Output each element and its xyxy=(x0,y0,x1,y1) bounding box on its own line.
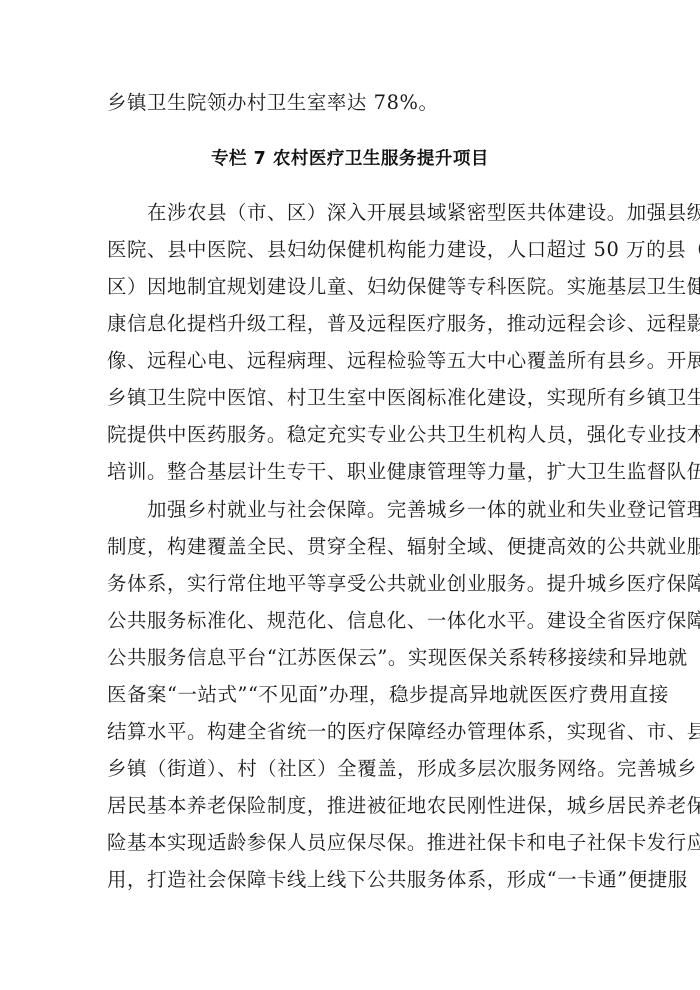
paragraph-line: 乡镇（街道）、村（社区）全覆盖，形成多层次服务网络。完善城乡 xyxy=(107,757,595,781)
paragraph-line: 像、远程心电、远程病理、远程检验等五大中心覆盖所有县乡。开展 xyxy=(107,349,595,373)
paragraph-line: 务体系，实行常住地平等享受公共就业创业服务。提升城乡医疗保障 xyxy=(107,572,595,596)
section-title: 专栏 7 农村医疗卫生服务提升项目 xyxy=(0,147,700,171)
paragraph-line: 居民基本养老保险制度，推进被征地农民刚性进保，城乡居民养老保 xyxy=(107,794,595,818)
paragraph-line: 院提供中医药服务。稳定充实专业公共卫生机构人员，强化专业技术 xyxy=(107,423,595,447)
paragraph-line: 乡镇卫生院中医馆、村卫生室中医阁标准化建设，实现所有乡镇卫生 xyxy=(107,386,595,410)
paragraph-line: 险基本实现适龄参保人员应保尽保。推进社保卡和电子社保卡发行应 xyxy=(107,831,595,855)
paragraph-line: 公共服务标准化、规范化、信息化、一体化水平。建设全省医疗保障 xyxy=(107,609,595,633)
paragraph-line: 医备案“一站式”“不见面”办理，稳步提高异地就医医疗费用直接 xyxy=(107,683,595,707)
paragraph-line: 在涉农县（市、区）深入开展县域紧密型医共体建设。加强县级 xyxy=(147,201,595,225)
paragraph-line: 加强乡村就业与社会保障。完善城乡一体的就业和失业登记管理 xyxy=(147,498,595,522)
continuation-line: 乡镇卫生院领办村卫生室率达 78%。 xyxy=(107,91,595,115)
paragraph-line: 制度，构建覆盖全民、贯穿全程、辐射全域、便捷高效的公共就业服 xyxy=(107,535,595,559)
paragraph-line: 区）因地制宜规划建设儿童、妇幼保健等专科医院。实施基层卫生健 xyxy=(107,275,595,299)
paragraph-line: 结算水平。构建全省统一的医疗保障经办管理体系，实现省、市、县、 xyxy=(107,720,595,744)
paragraph-line: 公共服务信息平台“江苏医保云”。实现医保关系转移接续和异地就 xyxy=(107,646,595,670)
paragraph-line: 培训。整合基层计生专干、职业健康管理等力量，扩大卫生监督队伍。 xyxy=(107,460,595,484)
paragraph-line: 康信息化提档升级工程，普及远程医疗服务，推动远程会诊、远程影 xyxy=(107,312,595,336)
paragraph-line: 医院、县中医院、县妇幼保健机构能力建设，人口超过 50 万的县（市、 xyxy=(107,238,595,262)
paragraph-line: 用，打造社会保障卡线上线下公共服务体系，形成“一卡通”便捷服 xyxy=(107,868,595,892)
document-page: 乡镇卫生院领办村卫生室率达 78%。 专栏 7 农村医疗卫生服务提升项目 在涉农… xyxy=(0,0,700,990)
